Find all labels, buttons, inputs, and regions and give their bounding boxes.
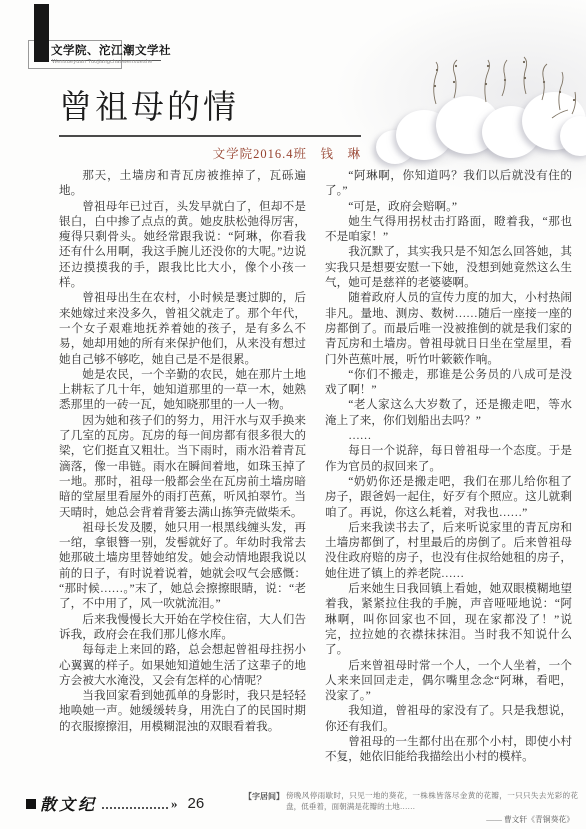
paragraph: 她生气得用拐杖击打路面，瞪着我，“那也不是咱家！” [325, 214, 572, 245]
page-footer: 散文纪 » 26 【字居间】 傍晚风停雨歇时，只见一地的葵花，一株株皆落尽金黄的… [0, 790, 586, 824]
paragraph: 祖母长发及腰，她只用一根黑线缠头发，再一绾，拿银簪一别，发髻就好了。年幼时我常去… [59, 520, 306, 612]
cloud-puff [396, 110, 452, 160]
paragraph: 后来我慢慢长大开始在学校住宿，大人们告诉我，政府会在我们那儿修水库。 [59, 612, 306, 643]
paragraph: “你们不搬走，那谁是公务员的八成可是没戏了啊！” [325, 367, 572, 398]
magazine-page: 文学院、沱江潮文学社 Wenxueyuan Tuojiangchaowenxue… [0, 0, 586, 829]
paragraph: 后来她生日我回镇上看她，她双眼模糊地望着我，紧紧拉住我的手腕，声音哑哑地说：“阿… [325, 581, 572, 657]
paragraph: 后来曾祖母时常一个人，一个人坐着，一个人来来回回走走，偶尔嘴里念念“阿琳，看吧，… [325, 658, 572, 704]
cloud-illustration [374, 52, 586, 170]
paragraph: 曾祖母年已过百，头发早就白了，但却不是银白，白中掺了点点的黄。她皮肤松弛得厉害，… [59, 199, 306, 291]
paragraph: “阿琳啊，你知道吗？我们以后就没有住的了。” [325, 168, 572, 199]
paragraph: 当我回家看到她孤单的身影时，我只是轻轻地唤她一声。她缓缓转身，用洗白了的民国时期… [59, 688, 306, 734]
footer-section: 散文纪 » 26 [26, 792, 204, 815]
paragraph: “可是，政府会赔啊。” [325, 199, 572, 214]
paragraph: …… [325, 428, 572, 443]
title-rule [59, 135, 361, 137]
leader-dots [102, 798, 168, 809]
paragraph: 那天，土墙房和青瓦房被推掉了，瓦砾遍地。 [59, 168, 306, 199]
section-name: 散文纪 [40, 792, 97, 815]
paragraph: 我沉默了，其实我只是不知怎么回答她，其实我只是想要安慰一下她，没想到她竟然这么生… [325, 244, 572, 290]
cloud-puff [376, 130, 414, 164]
paragraph: 因为她和孩子们的努力，用汗水与双手换来了几室的瓦房。瓦房的每一间房都有很多很大的… [59, 413, 306, 520]
paragraph: 她是农民，一个辛勤的农民，她在那片土地上耕耘了几十年，她知道那里的一草一木，她熟… [59, 367, 306, 413]
cloud-puff [482, 106, 540, 158]
twigs-icon [374, 52, 586, 170]
paragraph: 随着政府人员的宣传力度的加大，小村热闹非凡。量地、测房、数树……随后一座接一座的… [325, 290, 572, 366]
arrow-icon: » [171, 796, 178, 812]
article-title: 曾祖母的情 [59, 88, 361, 129]
quote-text: 傍晚风停雨歇时，只见一地的葵花，一株株皆落尽金黄的花瓣，一只只失去光彩的花盘，低… [286, 791, 578, 812]
masthead-black-bar [34, 4, 49, 62]
footer-quote: 【字居间】 傍晚风停雨歇时，只见一地的葵花，一株株皆落尽金黄的花瓣，一只只失去光… [244, 791, 578, 825]
paragraph: “奶奶你还是搬走吧，我们在那儿给你租了房子，跟爸妈一起住，好歹有个照应。这儿就剩… [325, 474, 572, 520]
quote-attribution: —— 曹文轩《青铜葵花》 [244, 814, 578, 825]
paragraph: 我知道，曾祖母的家没有了。只是我想说，你还有我们。 [325, 703, 572, 734]
cloud-puff [560, 116, 586, 156]
paragraph: “老人家这么大岁数了，还是搬走吧，等水淹上了来，你们划船出去吗？” [325, 397, 572, 428]
cloud-shading [374, 52, 586, 170]
title-block: 曾祖母的情 文学院2016.4班 钱 琳 [59, 88, 361, 162]
column-left: 那天，土墙房和青瓦房被推掉了，瓦砾遍地。 曾祖母年已过百，头发早就白了，但却不是… [59, 168, 306, 765]
article-columns: 那天，土墙房和青瓦房被推掉了，瓦砾遍地。 曾祖母年已过百，头发早就白了，但却不是… [59, 168, 572, 765]
cloud-puff [522, 92, 586, 150]
cloud-puff [436, 96, 500, 154]
society-pinyin: Wenxueyuan Tuojiangchaowenxueshe [52, 59, 152, 65]
paragraph: 每每走上来回的路，总会想起曾祖母拄拐小心翼翼的样子。如果她知道她生活了这辈子的地… [59, 642, 306, 688]
article-byline: 文学院2016.4班 钱 琳 [59, 144, 361, 162]
page-number: 26 [188, 795, 205, 812]
paragraph: 每日一个说辞，每日曾祖母一个态度。于是作为官员的叔回来了。 [325, 443, 572, 474]
paragraph: 曾祖母出生在农村，小时候是裹过脚的，后来她嫁过来没多久，曾祖父就走了。那个年代，… [59, 290, 306, 366]
square-marker-icon [26, 799, 36, 809]
paragraph: 后来我读书去了，后来听说家里的青瓦房和土墙房都倒了，村里最后的房倒了。后来曾祖母… [325, 520, 572, 581]
quote-label: 【字居间】 [244, 791, 284, 812]
column-right: “阿琳啊，你知道吗？我们以后就没有住的了。” “可是，政府会赔啊。” 她生气得用… [325, 168, 572, 765]
paragraph: 曾祖母的一生都付出在那个小村，即使小村不复，她依旧能给我描绘出小村的模样。 [325, 734, 572, 765]
masthead: 文学院、沱江潮文学社 Wenxueyuan Tuojiangchaowenxue… [0, 0, 300, 80]
